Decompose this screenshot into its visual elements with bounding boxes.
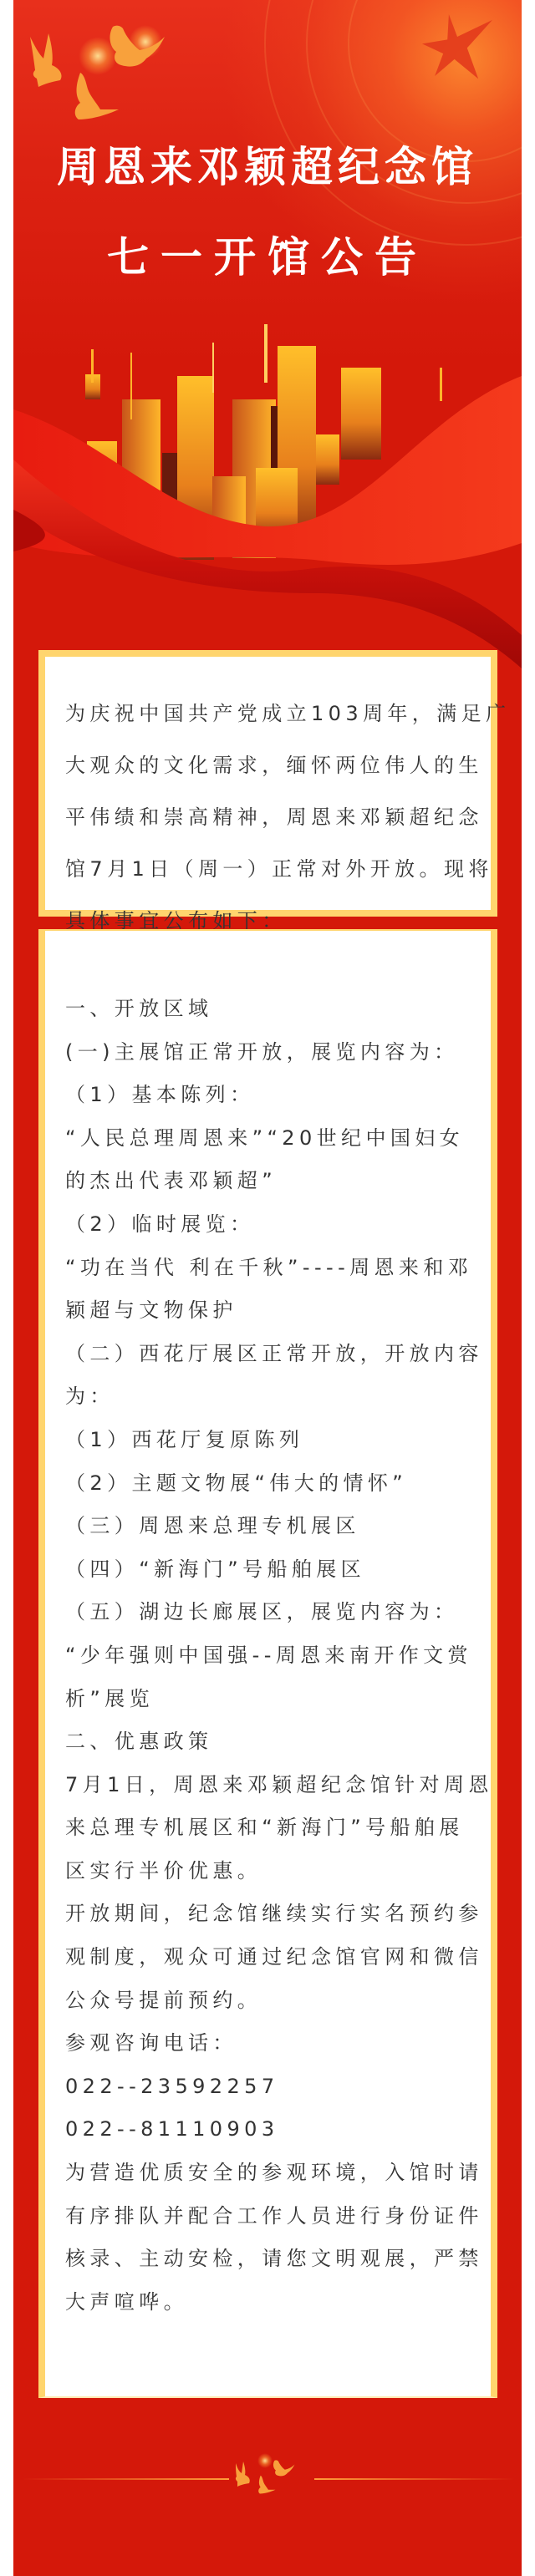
text-line: 为庆祝中国共产党成立103周年，满足广 (65, 688, 483, 739)
dove-icon (70, 71, 122, 123)
text-line: (一)主展馆正常开放，展览内容为： (65, 1031, 483, 1075)
text-line: 平伟绩和崇高精神，周恩来邓颖超纪念 (65, 791, 483, 843)
details-body: 一、开放区域 (一)主展馆正常开放，展览内容为： （1）基本陈列： “人民总理周… (65, 988, 483, 2324)
announcement-poster: 周恩来邓颖超纪念馆 七一开馆公告 (13, 0, 522, 2576)
text-line: 7月1日，周恩来邓颖超纪念馆针对周恩 (65, 1764, 483, 1807)
text-line: （五）湖边长廊展区，展览内容为： (65, 1591, 483, 1634)
text-line: “少年强则中国强--周恩来南开作文赏 (65, 1634, 483, 1678)
section-heading-discount: 二、优惠政策 (65, 1720, 483, 1764)
text-line: （1）基本陈列： (65, 1074, 483, 1117)
text-line: 大观众的文化需求，缅怀两位伟人的生 (65, 739, 483, 791)
text-line: 为营造优质安全的参观环境，入馆时请 (65, 2152, 483, 2195)
text-line: 核录、主动安检，请您文明观展，严禁 (65, 2238, 483, 2281)
dove-icon (273, 2460, 296, 2478)
phone-number[interactable]: 022--23592257 (65, 2065, 483, 2109)
star-icon (422, 14, 492, 81)
text-line: 开放期间，纪念馆继续实行实名预约参 (65, 1893, 483, 1936)
intro-card: 为庆祝中国共产党成立103周年，满足广 大观众的文化需求，缅怀两位伟人的生 平伟… (38, 650, 497, 917)
city-skyline-illustration (13, 318, 522, 668)
text-line: “功在当代 利在千秋”----周恩来和邓 (65, 1247, 483, 1290)
text-line: 区实行半价优惠。 (65, 1850, 483, 1893)
text-line: 来总理专机展区和“新海门”号船舶展 (65, 1806, 483, 1850)
text-line: （2）临时展览： (65, 1203, 483, 1247)
footer-divider-line (314, 2478, 515, 2480)
text-line: “人民总理周恩来”“20世纪中国妇女 (65, 1117, 483, 1161)
details-card: 一、开放区域 (一)主展馆正常开放，展览内容为： （1）基本陈列： “人民总理周… (38, 929, 497, 2398)
dove-icon (234, 2462, 252, 2487)
text-line: 馆7月1日（周一）正常对外开放。现将 (65, 843, 483, 895)
text-line: 有序排队并配合工作人员进行身份证件 (65, 2195, 483, 2238)
dove-icon (27, 32, 77, 92)
phone-label: 参观咨询电话： (65, 2022, 483, 2065)
text-line: 公众号提前预约。 (65, 1979, 483, 2023)
text-line: 颖超与文物保护 (65, 1289, 483, 1333)
text-line: （二）西花厅展区正常开放，开放内容 (65, 1333, 483, 1376)
section-heading-open-areas: 一、开放区域 (65, 988, 483, 1031)
text-line: 析”展览 (65, 1678, 483, 1721)
text-line: 的杰出代表邓颖超” (65, 1160, 483, 1203)
intro-paragraph: 为庆祝中国共产党成立103周年，满足广 大观众的文化需求，缅怀两位伟人的生 平伟… (65, 688, 483, 947)
text-line: （三）周恩来总理专机展区 (65, 1505, 483, 1548)
text-line: （1）西花厅复原陈列 (65, 1419, 483, 1462)
text-line: 为： (65, 1375, 483, 1419)
text-line: （四）“新海门”号船舶展区 (65, 1548, 483, 1592)
sparkle-glow (257, 2453, 273, 2468)
phone-number[interactable]: 022--81110903 (65, 2108, 483, 2152)
dove-icon (108, 25, 168, 72)
page-subtitle: 七一开馆公告 (13, 232, 522, 282)
text-line: 观制度，观众可通过纪念馆官网和微信 (65, 1936, 483, 1979)
text-line: （2）主题文物展“伟大的情怀” (65, 1462, 483, 1506)
footer-divider-line (22, 2478, 229, 2480)
text-line: 大声喧哗。 (65, 2281, 483, 2324)
page-title: 周恩来邓颖超纪念馆 (13, 142, 522, 192)
